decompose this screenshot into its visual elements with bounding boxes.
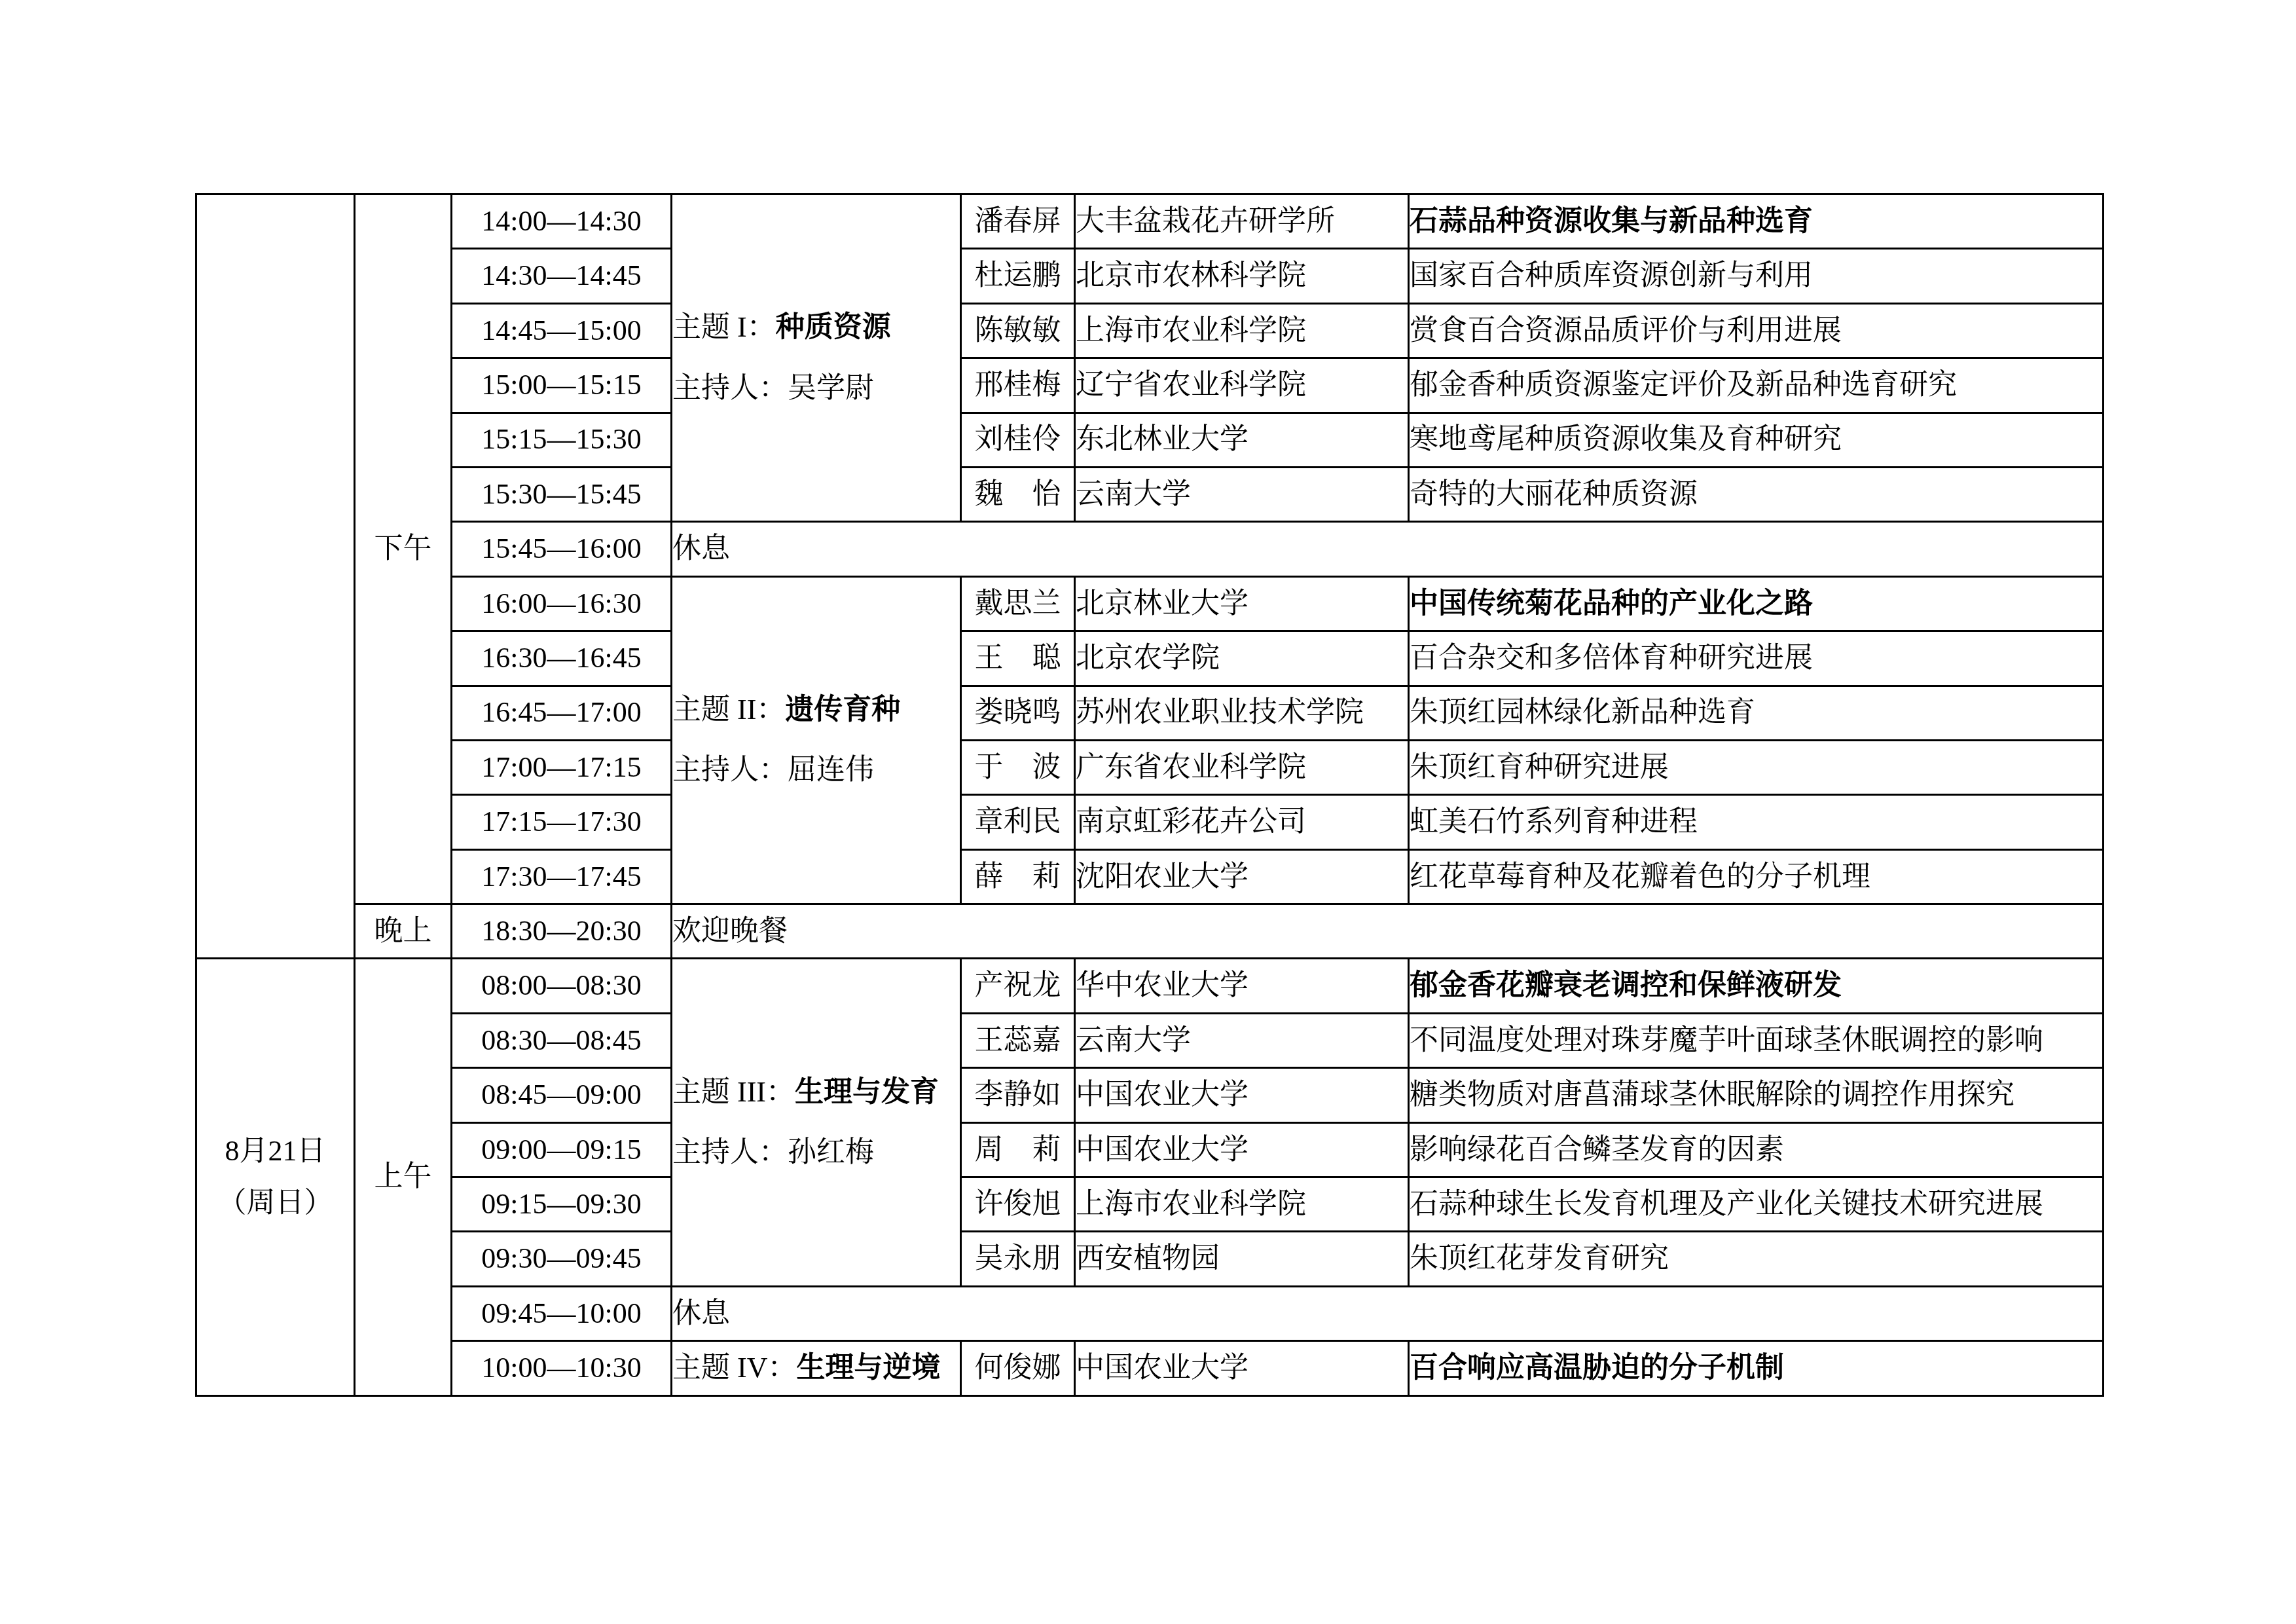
time-cell: 15:30—15:45 bbox=[452, 467, 672, 521]
institution-cell: 南京虹彩花卉公司 bbox=[1075, 795, 1409, 849]
table-row: 16:30—16:45 王 聪 北京农学院 百合杂交和多倍体育种研究进展 bbox=[196, 631, 2104, 686]
table-row: 晚上 18:30—20:30 欢迎晚餐 bbox=[196, 904, 2104, 959]
talk-title-cell: 百合响应高温胁迫的分子机制 bbox=[1409, 1341, 2104, 1395]
table-row: 8月21日 （周日） 上午 08:00—08:30 主题 III：生理与发育 主… bbox=[196, 959, 2104, 1013]
table-row: 15:15—15:30 刘桂伶 东北林业大学 寒地鸢尾种质资源收集及育种研究 bbox=[196, 413, 2104, 467]
date-cell-day1 bbox=[196, 194, 355, 959]
time-cell: 15:15—15:30 bbox=[452, 413, 672, 467]
break-cell: 休息 bbox=[672, 1286, 2104, 1340]
talk-title-cell: 赏食百合资源品质评价与利用进展 bbox=[1409, 303, 2104, 358]
speaker-cell: 薛 莉 bbox=[961, 849, 1075, 904]
session-1-theme-cell: 主题 I：种质资源 主持人：吴学尉 bbox=[672, 194, 961, 522]
institution-cell: 云南大学 bbox=[1075, 467, 1409, 521]
speaker-cell: 杜运鹏 bbox=[961, 249, 1075, 303]
speaker-cell: 王 聪 bbox=[961, 631, 1075, 686]
time-cell: 09:00—09:15 bbox=[452, 1122, 672, 1177]
table-row: 09:15—09:30 许俊旭 上海市农业科学院 石蒜种球生长发育机理及产业化关… bbox=[196, 1177, 2104, 1232]
time-cell: 14:45—15:00 bbox=[452, 303, 672, 358]
conference-schedule-table: 下午 14:00—14:30 主题 I：种质资源 主持人：吴学尉 潘春屏 大丰盆… bbox=[195, 193, 2104, 1397]
institution-cell: 云南大学 bbox=[1075, 1013, 1409, 1067]
scanned-program-page: 下午 14:00—14:30 主题 I：种质资源 主持人：吴学尉 潘春屏 大丰盆… bbox=[0, 0, 2296, 1624]
talk-title-cell: 影响绿花百合鳞茎发育的因素 bbox=[1409, 1122, 2104, 1177]
talk-title-cell: 石蒜种球生长发育机理及产业化关键技术研究进展 bbox=[1409, 1177, 2104, 1232]
time-cell: 08:30—08:45 bbox=[452, 1013, 672, 1067]
institution-cell: 苏州农业职业技术学院 bbox=[1075, 686, 1409, 740]
talk-title-cell: 石蒜品种资源收集与新品种选育 bbox=[1409, 194, 2104, 249]
session-2-theme-cell: 主题 II：遗传育种 主持人：屈连伟 bbox=[672, 576, 961, 904]
time-cell: 09:30—09:45 bbox=[452, 1232, 672, 1286]
speaker-cell: 潘春屏 bbox=[961, 194, 1075, 249]
table-row: 16:00—16:30 主题 II：遗传育种 主持人：屈连伟 戴思兰 北京林业大… bbox=[196, 576, 2104, 631]
institution-cell: 中国农业大学 bbox=[1075, 1068, 1409, 1122]
table-row: 15:45—16:00 休息 bbox=[196, 522, 2104, 576]
time-cell: 17:00—17:15 bbox=[452, 740, 672, 794]
talk-title-cell: 郁金香花瓣衰老调控和保鲜液研发 bbox=[1409, 959, 2104, 1013]
time-cell: 15:45—16:00 bbox=[452, 522, 672, 576]
table-row: 17:00—17:15 于 波 广东省农业科学院 朱顶红育种研究进展 bbox=[196, 740, 2104, 794]
talk-title-cell: 糖类物质对唐菖蒲球茎休眠解除的调控作用探究 bbox=[1409, 1068, 2104, 1122]
table-row: 下午 14:00—14:30 主题 I：种质资源 主持人：吴学尉 潘春屏 大丰盆… bbox=[196, 194, 2104, 249]
talk-title-cell: 郁金香种质资源鉴定评价及新品种选育研究 bbox=[1409, 358, 2104, 413]
time-cell: 15:00—15:15 bbox=[452, 358, 672, 413]
time-cell: 09:15—09:30 bbox=[452, 1177, 672, 1232]
institution-cell: 北京农学院 bbox=[1075, 631, 1409, 686]
speaker-cell: 周 莉 bbox=[961, 1122, 1075, 1177]
table-row: 16:45—17:00 娄晓鸣 苏州农业职业技术学院 朱顶红园林绿化新品种选育 bbox=[196, 686, 2104, 740]
speaker-cell: 吴永朋 bbox=[961, 1232, 1075, 1286]
table-row: 14:30—14:45 杜运鹏 北京市农林科学院 国家百合种质库资源创新与利用 bbox=[196, 249, 2104, 303]
talk-title-cell: 朱顶红育种研究进展 bbox=[1409, 740, 2104, 794]
talk-title-cell: 朱顶红园林绿化新品种选育 bbox=[1409, 686, 2104, 740]
talk-title-cell: 朱顶红花芽发育研究 bbox=[1409, 1232, 2104, 1286]
period-cell-afternoon: 下午 bbox=[355, 194, 452, 904]
speaker-cell: 刘桂伶 bbox=[961, 413, 1075, 467]
time-cell: 16:30—16:45 bbox=[452, 631, 672, 686]
session-chair: 主持人：孙红梅 bbox=[672, 1136, 960, 1170]
speaker-cell: 邢桂梅 bbox=[961, 358, 1075, 413]
session-chair: 主持人：吴学尉 bbox=[672, 372, 960, 405]
talk-title-cell: 虹美石竹系列育种进程 bbox=[1409, 795, 2104, 849]
institution-cell: 东北林业大学 bbox=[1075, 413, 1409, 467]
institution-cell: 中国农业大学 bbox=[1075, 1341, 1409, 1395]
time-cell: 14:00—14:30 bbox=[452, 194, 672, 249]
session-theme: 主题 II：遗传育种 bbox=[672, 693, 960, 727]
time-cell: 08:00—08:30 bbox=[452, 959, 672, 1013]
institution-cell: 华中农业大学 bbox=[1075, 959, 1409, 1013]
institution-cell: 广东省农业科学院 bbox=[1075, 740, 1409, 794]
talk-title-cell: 国家百合种质库资源创新与利用 bbox=[1409, 249, 2104, 303]
talk-title-cell: 寒地鸢尾种质资源收集及育种研究 bbox=[1409, 413, 2104, 467]
institution-cell: 辽宁省农业科学院 bbox=[1075, 358, 1409, 413]
table-row: 15:30—15:45 魏 怡 云南大学 奇特的大丽花种质资源 bbox=[196, 467, 2104, 521]
speaker-cell: 李静如 bbox=[961, 1068, 1075, 1122]
break-cell: 休息 bbox=[672, 522, 2104, 576]
speaker-cell: 何俊娜 bbox=[961, 1341, 1075, 1395]
institution-cell: 上海市农业科学院 bbox=[1075, 303, 1409, 358]
speaker-cell: 戴思兰 bbox=[961, 576, 1075, 631]
time-cell: 09:45—10:00 bbox=[452, 1286, 672, 1340]
time-cell: 18:30—20:30 bbox=[452, 904, 672, 959]
session-theme: 主题 III：生理与发育 bbox=[672, 1076, 960, 1109]
table-row: 08:45—09:00 李静如 中国农业大学 糖类物质对唐菖蒲球茎休眠解除的调控… bbox=[196, 1068, 2104, 1122]
time-cell: 17:15—17:30 bbox=[452, 795, 672, 849]
session-theme: 主题 IV：生理与逆境 bbox=[672, 1352, 960, 1385]
speaker-cell: 于 波 bbox=[961, 740, 1075, 794]
talk-title-cell: 红花草莓育种及花瓣着色的分子机理 bbox=[1409, 849, 2104, 904]
period-cell-evening: 晚上 bbox=[355, 904, 452, 959]
institution-cell: 大丰盆栽花卉研学所 bbox=[1075, 194, 1409, 249]
institution-cell: 北京林业大学 bbox=[1075, 576, 1409, 631]
table-row: 08:30—08:45 王蕊嘉 云南大学 不同温度处理对珠芽魔芋叶面球茎休眠调控… bbox=[196, 1013, 2104, 1067]
period-label: 上午 bbox=[374, 1160, 432, 1192]
speaker-cell: 娄晓鸣 bbox=[961, 686, 1075, 740]
period-label: 晚上 bbox=[374, 915, 432, 947]
talk-title-cell: 百合杂交和多倍体育种研究进展 bbox=[1409, 631, 2104, 686]
talk-title-cell: 不同温度处理对珠芽魔芋叶面球茎休眠调控的影响 bbox=[1409, 1013, 2104, 1067]
time-cell: 16:00—16:30 bbox=[452, 576, 672, 631]
institution-cell: 北京市农林科学院 bbox=[1075, 249, 1409, 303]
table-row: 15:00—15:15 邢桂梅 辽宁省农业科学院 郁金香种质资源鉴定评价及新品种… bbox=[196, 358, 2104, 413]
session-theme: 主题 I：种质资源 bbox=[672, 311, 960, 344]
date-cell-day2: 8月21日 （周日） bbox=[196, 959, 355, 1395]
speaker-cell: 魏 怡 bbox=[961, 467, 1075, 521]
table-row: 14:45—15:00 陈敏敏 上海市农业科学院 赏食百合资源品质评价与利用进展 bbox=[196, 303, 2104, 358]
institution-cell: 西安植物园 bbox=[1075, 1232, 1409, 1286]
session-4-theme-cell: 主题 IV：生理与逆境 bbox=[672, 1341, 961, 1395]
institution-cell: 沈阳农业大学 bbox=[1075, 849, 1409, 904]
speaker-cell: 产祝龙 bbox=[961, 959, 1075, 1013]
session-3-theme-cell: 主题 III：生理与发育 主持人：孙红梅 bbox=[672, 959, 961, 1286]
session-chair: 主持人：屈连伟 bbox=[672, 754, 960, 787]
table-row: 17:30—17:45 薛 莉 沈阳农业大学 红花草莓育种及花瓣着色的分子机理 bbox=[196, 849, 2104, 904]
table-row: 09:00—09:15 周 莉 中国农业大学 影响绿花百合鳞茎发育的因素 bbox=[196, 1122, 2104, 1177]
institution-cell: 中国农业大学 bbox=[1075, 1122, 1409, 1177]
table-row: 10:00—10:30 主题 IV：生理与逆境 何俊娜 中国农业大学 百合响应高… bbox=[196, 1341, 2104, 1395]
time-cell: 08:45—09:00 bbox=[452, 1068, 672, 1122]
table-row: 17:15—17:30 章利民 南京虹彩花卉公司 虹美石竹系列育种进程 bbox=[196, 795, 2104, 849]
speaker-cell: 许俊旭 bbox=[961, 1177, 1075, 1232]
table-row: 09:45—10:00 休息 bbox=[196, 1286, 2104, 1340]
time-cell: 14:30—14:45 bbox=[452, 249, 672, 303]
dinner-cell: 欢迎晚餐 bbox=[672, 904, 2104, 959]
period-label: 下午 bbox=[374, 532, 432, 564]
talk-title-cell: 奇特的大丽花种质资源 bbox=[1409, 467, 2104, 521]
time-cell: 10:00—10:30 bbox=[452, 1341, 672, 1395]
speaker-cell: 陈敏敏 bbox=[961, 303, 1075, 358]
table-row: 09:30—09:45 吴永朋 西安植物园 朱顶红花芽发育研究 bbox=[196, 1232, 2104, 1286]
talk-title-cell: 中国传统菊花品种的产业化之路 bbox=[1409, 576, 2104, 631]
institution-cell: 上海市农业科学院 bbox=[1075, 1177, 1409, 1232]
time-cell: 16:45—17:00 bbox=[452, 686, 672, 740]
period-cell-morning: 上午 bbox=[355, 959, 452, 1395]
speaker-cell: 王蕊嘉 bbox=[961, 1013, 1075, 1067]
speaker-cell: 章利民 bbox=[961, 795, 1075, 849]
time-cell: 17:30—17:45 bbox=[452, 849, 672, 904]
